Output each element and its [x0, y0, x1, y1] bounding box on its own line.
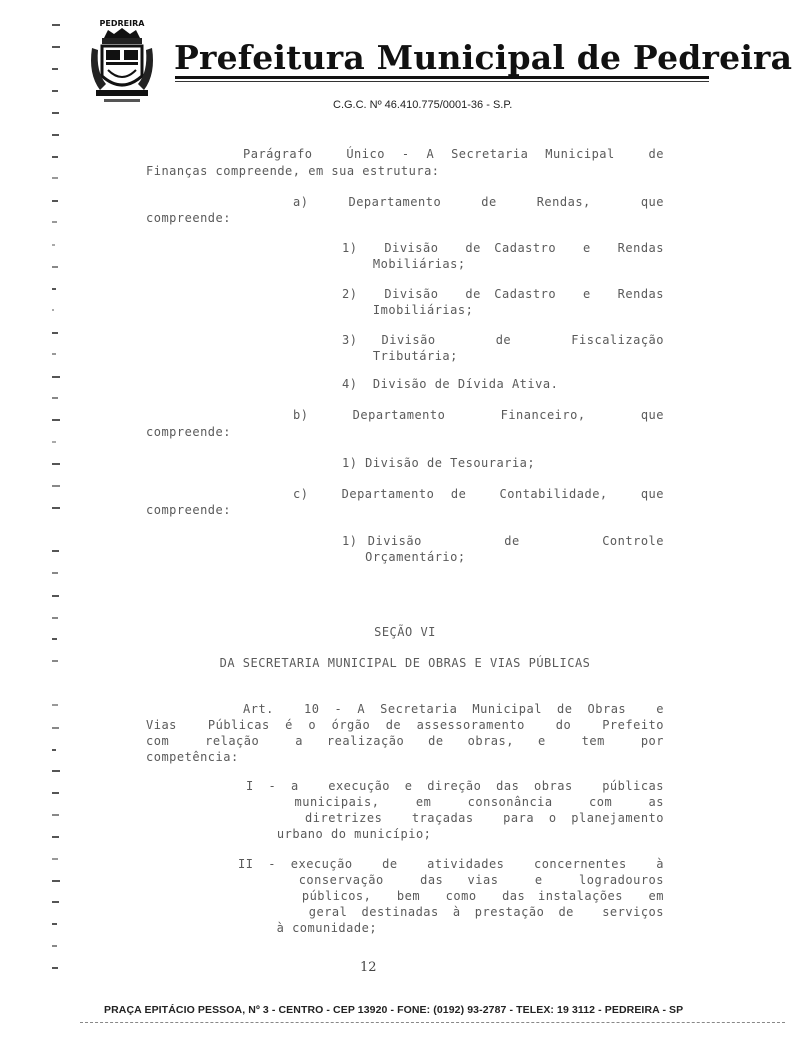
header-rule — [175, 76, 709, 79]
competence-ii-line-1: II - execução de atividades concernentes… — [238, 856, 664, 872]
margin-tick — [52, 244, 55, 246]
margin-tick — [52, 68, 58, 70]
coat-of-arms-icon: PEDREIRA — [86, 14, 158, 110]
dept-a-item-1: 1) Divisão de Cadastro e Rendas — [342, 240, 664, 256]
competence-i-line-3: diretrizes traçadas para o planejamento — [246, 810, 664, 826]
dept-a-item-2-cont: Imobiliárias; — [342, 302, 473, 318]
paragraph-unico-line2: Finanças compreende, em sua estrutura: — [146, 163, 440, 179]
margin-tick — [52, 836, 59, 838]
margin-tick — [52, 353, 56, 355]
section-subheading: DA SECRETARIA MUNICIPAL DE OBRAS E VIAS … — [146, 655, 664, 671]
dept-c-compreende: compreende: — [146, 502, 231, 518]
competence-ii-line-3: públicos, bem como das instalações em — [238, 888, 664, 904]
header-rule-thin — [175, 81, 709, 82]
margin-tick — [52, 727, 59, 729]
dept-b-heading: b) Departamento Financeiro, que — [293, 407, 664, 423]
margin-tick — [52, 945, 57, 947]
margin-ticks — [52, 0, 64, 1040]
letterhead-title: Prefeitura Municipal de Pedreira — [174, 38, 792, 77]
margin-tick — [52, 200, 58, 202]
margin-tick — [52, 332, 58, 334]
margin-tick — [52, 419, 60, 421]
dept-b-item-1: 1) Divisão de Tesouraria; — [342, 455, 535, 471]
competence-ii-line-2: conservação das vias e logradouros — [238, 872, 664, 888]
margin-tick — [52, 880, 60, 882]
margin-tick — [52, 858, 58, 860]
margin-tick — [52, 638, 57, 640]
page-number: 12 — [360, 960, 377, 975]
margin-tick — [52, 814, 59, 816]
dept-a-item-3: 3) Divisão de Fiscalização — [342, 332, 664, 348]
margin-tick — [52, 923, 57, 925]
dept-c-item-1: 1) Divisão de Controle — [342, 533, 664, 549]
margin-tick — [52, 749, 56, 751]
article-line-1: Art. 10 - A Secretaria Municipal de Obra… — [243, 701, 664, 717]
margin-tick — [52, 46, 60, 48]
margin-tick — [52, 177, 58, 179]
margin-tick — [52, 24, 60, 26]
margin-tick — [52, 221, 57, 223]
margin-tick — [52, 397, 58, 399]
dept-c-item-1-cont: Orçamentário; — [342, 549, 466, 565]
cgc-number: C.G.C. Nº 46.410.775/0001-36 - S.P. — [333, 99, 512, 111]
margin-tick — [52, 463, 60, 465]
margin-tick — [52, 309, 54, 311]
competence-ii-line-5: à comunidade; — [238, 920, 377, 936]
margin-tick — [52, 572, 58, 574]
margin-tick — [52, 595, 59, 597]
margin-tick — [52, 376, 60, 378]
margin-tick — [52, 550, 59, 552]
footer-address: PRAÇA EPITÁCIO PESSOA, Nº 3 - CENTRO - C… — [104, 1004, 683, 1016]
margin-tick — [52, 112, 59, 114]
margin-tick — [52, 770, 60, 772]
margin-tick — [52, 156, 58, 158]
competence-i-line-2: municipais, em consonância com as — [246, 794, 664, 810]
article-line-3: com relação a realização de obras, e tem… — [146, 733, 664, 749]
margin-tick — [52, 507, 60, 509]
margin-tick — [52, 901, 59, 903]
dept-b-compreende: compreende: — [146, 424, 231, 440]
dept-a-heading: a) Departamento de Rendas, que — [293, 194, 664, 210]
section-heading: SEÇÃO VI — [146, 624, 664, 640]
paragraph-unico-line1: Parágrafo Único - A Secretaria Municipal… — [243, 146, 664, 162]
article-line-4: competência: — [146, 749, 239, 765]
margin-tick — [52, 967, 58, 969]
dept-a-item-3-cont: Tributária; — [342, 348, 458, 364]
competence-i-line-1: I - a execução e direção das obras públi… — [246, 778, 664, 794]
margin-tick — [52, 266, 58, 268]
dept-a-item-4: 4) Divisão de Dívida Ativa. — [342, 376, 558, 392]
footer-rule — [80, 1022, 785, 1024]
dept-c-heading: c) Departamento de Contabilidade, que — [293, 486, 664, 502]
dept-a-item-1-cont: Mobiliárias; — [342, 256, 466, 272]
dept-a-item-2: 2) Divisão de Cadastro e Rendas — [342, 286, 664, 302]
margin-tick — [52, 617, 58, 619]
margin-tick — [52, 441, 56, 443]
competence-i-line-4: urbano do município; — [246, 826, 431, 842]
margin-tick — [52, 485, 60, 487]
margin-tick — [52, 288, 56, 290]
margin-tick — [52, 704, 58, 706]
dept-a-compreende: compreende: — [146, 210, 231, 226]
margin-tick — [52, 660, 58, 662]
article-line-2: Vias Públicas é o órgão de assessorament… — [146, 717, 664, 733]
margin-tick — [52, 134, 59, 136]
margin-tick — [52, 792, 59, 794]
competence-ii-line-4: geral destinadas à prestação de serviços — [238, 904, 664, 920]
margin-tick — [52, 90, 58, 92]
crest-label: PEDREIRA — [100, 19, 146, 28]
